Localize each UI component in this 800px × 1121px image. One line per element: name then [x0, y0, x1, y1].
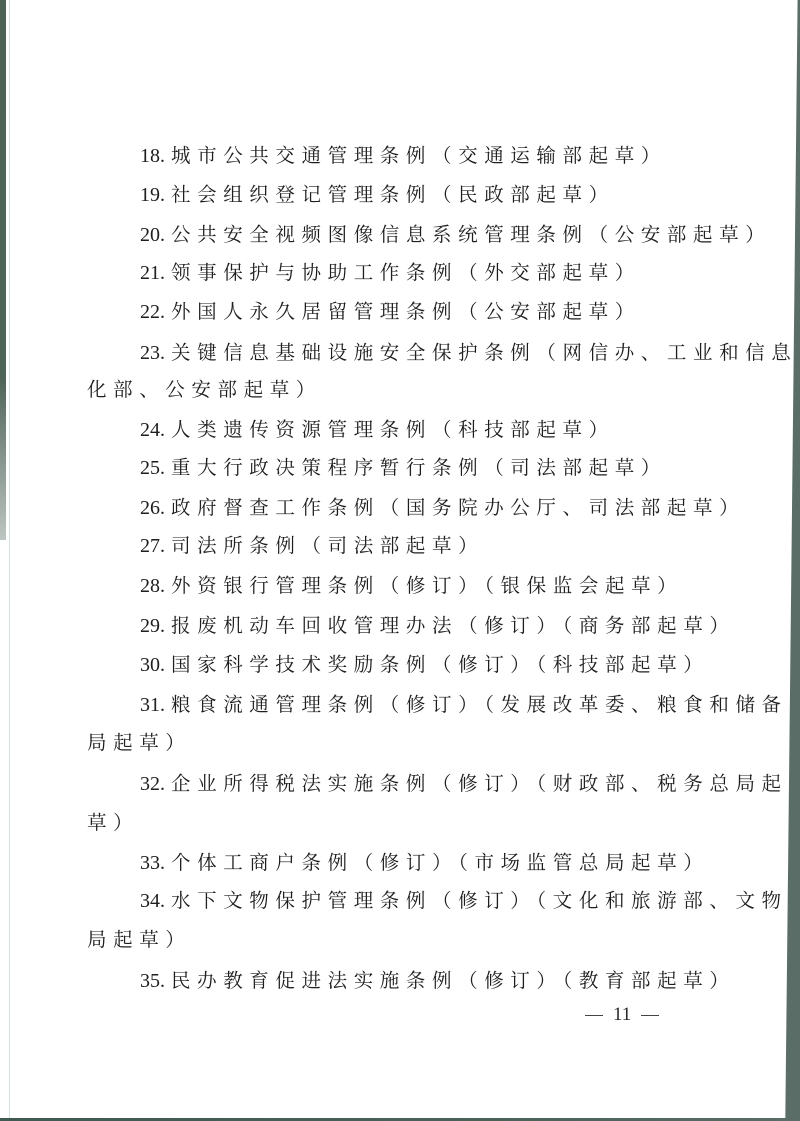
list-item-31: 31.粮食流通管理条例（修订）（发展改革委、粮食和储备 — [140, 685, 788, 724]
item-text: 民办教育促进法实施条例（修订）（教育部起草） — [171, 969, 735, 992]
item-number: 26. — [140, 497, 165, 519]
item-text: 企业所得税法实施条例（修订）（财政部、税务总局起 — [171, 772, 788, 795]
item-number: 27. — [140, 535, 165, 557]
item-text: 水下文物保护管理条例（修订）（文化和旅游部、文物 — [171, 889, 788, 912]
item-number: 34. — [140, 890, 165, 912]
item-number: 33. — [140, 852, 165, 874]
item-text: 人类遗传资源管理条例（科技部起草） — [171, 418, 615, 441]
item-number: 22. — [140, 301, 165, 323]
page-number-value: 11 — [613, 1004, 631, 1025]
item-number: 19. — [140, 184, 165, 206]
list-item-27: 27.司法所条例（司法部起草） — [140, 526, 484, 565]
item-number: 31. — [140, 694, 165, 716]
item-text: 个体工商户条例（修订）（市场监管总局起草） — [171, 851, 709, 874]
item-text: 社会组织登记管理条例（民政部起草） — [171, 183, 615, 206]
list-item-30: 30.国家科学技术奖励条例（修订）（科技部起草） — [140, 645, 709, 684]
item-number: 30. — [140, 654, 165, 676]
item-number: 21. — [140, 262, 165, 284]
item-number: 32. — [140, 773, 165, 795]
list-item-34-continuation: 局起草） — [87, 920, 191, 959]
dash-right — [641, 1015, 659, 1016]
list-item-35: 35.民办教育促进法实施条例（修订）（教育部起草） — [140, 961, 735, 1000]
item-text: 城市公共交通管理条例（交通运输部起草） — [171, 144, 667, 167]
item-text: 公共安全视频图像信息系统管理条例（公安部起草） — [171, 223, 771, 246]
scan-edge-left-line — [9, 0, 10, 1121]
list-item-23: 23.关键信息基础设施安全保护条例（网信办、工业和信息 — [140, 333, 797, 372]
list-item-32: 32.企业所得税法实施条例（修订）（财政部、税务总局起 — [140, 764, 788, 803]
list-item-22: 22.外国人永久居留管理条例（公安部起草） — [140, 292, 641, 331]
list-item-33: 33.个体工商户条例（修订）（市场监管总局起草） — [140, 843, 709, 882]
item-text: 粮食流通管理条例（修订）（发展改革委、粮食和储备 — [171, 693, 788, 716]
list-item-23-continuation: 化部、公安部起草） — [87, 370, 322, 409]
item-text: 司法所条例（司法部起草） — [171, 534, 484, 557]
item-number: 35. — [140, 970, 165, 992]
list-item-19: 19.社会组织登记管理条例（民政部起草） — [140, 175, 615, 214]
page-number: 11 — [575, 1004, 669, 1026]
list-item-26: 26.政府督查工作条例（国务院办公厅、司法部起草） — [140, 488, 745, 527]
item-number: 20. — [140, 224, 165, 246]
item-number: 25. — [140, 457, 165, 479]
item-number: 18. — [140, 145, 165, 167]
item-number: 29. — [140, 615, 165, 637]
list-item-25: 25.重大行政决策程序暂行条例（司法部起草） — [140, 448, 667, 487]
list-item-20: 20.公共安全视频图像信息系统管理条例（公安部起草） — [140, 215, 771, 254]
item-text: 国家科学技术奖励条例（修订）（科技部起草） — [171, 653, 709, 676]
list-item-21: 21.领事保护与协助工作条例（外交部起草） — [140, 253, 641, 292]
item-number: 23. — [140, 342, 165, 364]
item-text: 重大行政决策程序暂行条例（司法部起草） — [171, 456, 667, 479]
list-item-34: 34.水下文物保护管理条例（修订）（文化和旅游部、文物 — [140, 881, 788, 920]
item-text: 外国人永久居留管理条例（公安部起草） — [171, 300, 641, 323]
scan-edge-left — [0, 0, 6, 540]
list-item-31-continuation: 局起草） — [87, 723, 191, 762]
item-text: 外资银行管理条例（修订）（银保监会起草） — [171, 574, 683, 597]
list-item-32-continuation: 草） — [87, 803, 139, 842]
list-item-24: 24.人类遗传资源管理条例（科技部起草） — [140, 410, 615, 449]
scan-edge-right — [784, 0, 800, 1121]
item-number: 28. — [140, 575, 165, 597]
list-item-18: 18.城市公共交通管理条例（交通运输部起草） — [140, 136, 667, 175]
item-text: 领事保护与协助工作条例（外交部起草） — [171, 261, 641, 284]
item-number: 24. — [140, 419, 165, 441]
item-text: 关键信息基础设施安全保护条例（网信办、工业和信息 — [171, 341, 797, 364]
list-item-29: 29.报废机动车回收管理办法（修订）（商务部起草） — [140, 606, 735, 645]
item-text: 政府督查工作条例（国务院办公厅、司法部起草） — [171, 496, 745, 519]
item-text: 报废机动车回收管理办法（修订）（商务部起草） — [171, 614, 735, 637]
dash-left — [585, 1015, 603, 1016]
list-item-28: 28.外资银行管理条例（修订）（银保监会起草） — [140, 566, 683, 605]
